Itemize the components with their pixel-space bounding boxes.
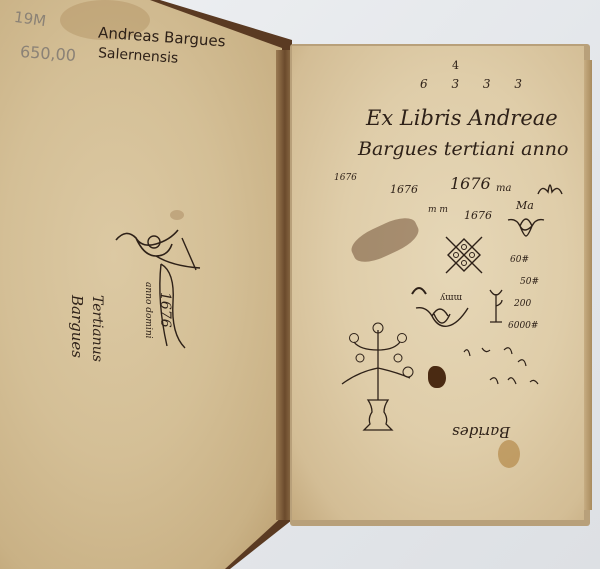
arch-icon — [410, 284, 428, 296]
ink-blot — [428, 366, 446, 388]
scribble: m m — [428, 206, 448, 215]
scribble: Ma — [516, 200, 534, 211]
rotated-inscription-line2: Tertianus — [90, 295, 104, 362]
rotated-inscription-year: 1676 — [158, 292, 172, 328]
year-1676: 1676 — [464, 210, 492, 221]
ex-libris-line1: Ex Libris Andreae — [366, 108, 558, 129]
photo-scene: 19M 650,00 Andreas Bargues Salernensis B… — [0, 0, 600, 569]
amount: 50# — [520, 278, 539, 287]
foxing-stain — [498, 440, 520, 468]
flower-vase-drawing-icon — [340, 320, 416, 436]
tulip-icon — [414, 304, 470, 334]
pencil-note: 19M — [13, 10, 47, 29]
year-1676: 1676 — [390, 184, 418, 195]
pencil-price: 650,00 — [20, 44, 77, 64]
pen-trials: 6 3 3 3 — [420, 78, 532, 90]
rotated-inscription-line1: Bargues — [69, 295, 84, 358]
foxing-stain — [170, 210, 184, 220]
amount: 6000# — [508, 322, 538, 331]
year-1676: 1676 — [450, 176, 491, 192]
scribble: mmy — [440, 292, 462, 301]
ex-libris-line2: Bargues tertiani anno — [358, 140, 568, 159]
scribble: ma — [496, 184, 511, 194]
stem-flower-icon — [486, 286, 506, 326]
lattice-diamond-icon — [444, 235, 484, 275]
page-edges — [584, 60, 592, 510]
fleur-icon — [536, 176, 564, 198]
upside-down-signature: Barides — [452, 424, 510, 439]
pen-squiggles-icon — [460, 344, 540, 394]
lotus-icon — [506, 214, 546, 238]
year-1676: 1676 — [334, 174, 357, 183]
amount: 200 — [514, 300, 531, 309]
rotated-inscription-line3: anno domini — [143, 282, 152, 339]
page-mark: 4 — [452, 60, 459, 71]
amount: 60# — [510, 256, 529, 265]
